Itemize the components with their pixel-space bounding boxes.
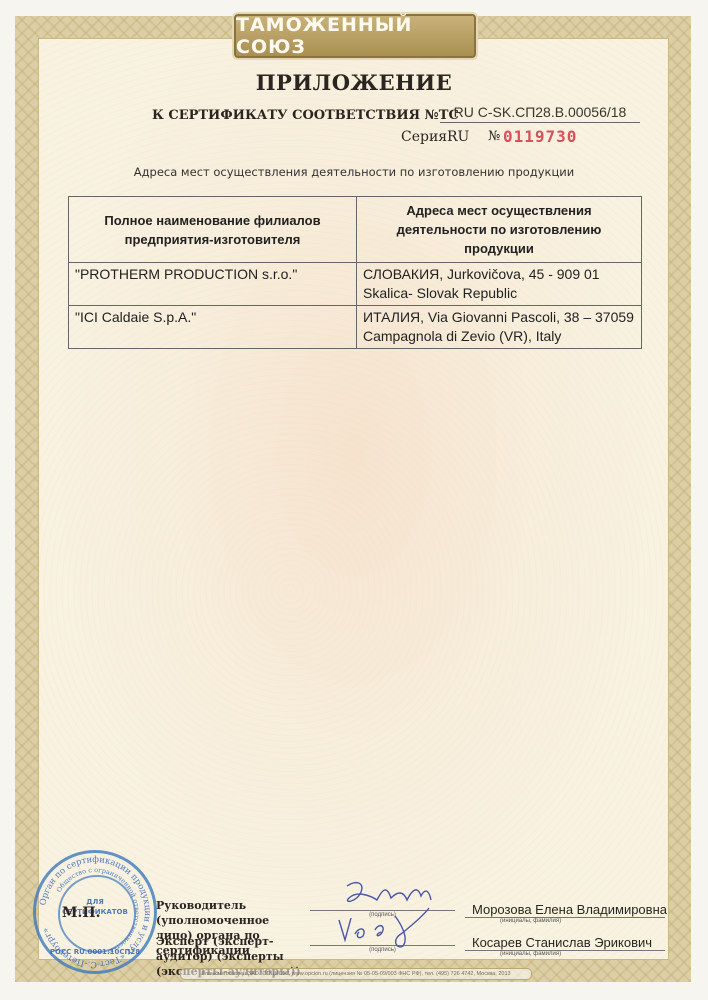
seal-place-label: М.П. bbox=[62, 905, 100, 921]
table-row: "ICI Caldaie S.p.A." ИТАЛИЯ, Via Giovann… bbox=[69, 306, 642, 349]
branch-address: ИТАЛИЯ, Via Giovanni Pascoli, 38 – 37059… bbox=[357, 306, 642, 349]
handwritten-signatures-icon bbox=[325, 878, 445, 953]
form-printer-footer: Бланк изготовлен ЗАО "ОПЦИОН", www.opcio… bbox=[180, 968, 532, 980]
header-branch-name: Полное наименование филиалов предприятия… bbox=[69, 197, 357, 263]
production-sites-table: Полное наименование филиалов предприятия… bbox=[68, 196, 642, 349]
table-caption: Адреса мест осуществления деятельности п… bbox=[0, 165, 708, 179]
expert-name: Косарев Станислав Эрикович bbox=[472, 935, 652, 950]
certificate-number: RU C-SK.СП28.В.00056/18 bbox=[440, 104, 640, 123]
head-name-caption: (инициалы, фамилия) bbox=[500, 918, 561, 924]
number-sign: № bbox=[488, 129, 500, 144]
stamp-registration: РОСС RU.0001.10СП28 bbox=[36, 947, 154, 957]
table-row: "PROTHERM PRODUCTION s.r.o." СЛОВАКИЯ, J… bbox=[69, 263, 642, 306]
series-label: Серия bbox=[401, 129, 447, 145]
customs-union-banner: ТАМОЖЕННЫЙ СОЮЗ bbox=[234, 14, 476, 58]
branch-name: "ICI Caldaie S.p.A." bbox=[69, 306, 357, 349]
series-value: RU bbox=[447, 129, 469, 145]
serial-number: 0119730 bbox=[503, 127, 577, 146]
certificate-border bbox=[15, 16, 691, 982]
page-title: ПРИЛОЖЕНИЕ bbox=[0, 70, 708, 95]
head-name: Морозова Елена Владимировна bbox=[472, 902, 667, 917]
branch-address: СЛОВАКИЯ, Jurkovičova, 45 - 909 01 Skali… bbox=[357, 263, 642, 306]
expert-name-line bbox=[465, 950, 665, 951]
certificate-label: К СЕРТИФИКАТУ СООТВЕТСТВИЯ №ТС bbox=[152, 108, 459, 123]
expert-name-caption: (инициалы, фамилия) bbox=[500, 951, 561, 957]
head-name-line bbox=[465, 917, 665, 918]
table-header-row: Полное наименование филиалов предприятия… bbox=[69, 197, 642, 263]
branch-name: "PROTHERM PRODUCTION s.r.o." bbox=[69, 263, 357, 306]
header-address: Адреса мест осуществления деятельности п… bbox=[357, 197, 642, 263]
